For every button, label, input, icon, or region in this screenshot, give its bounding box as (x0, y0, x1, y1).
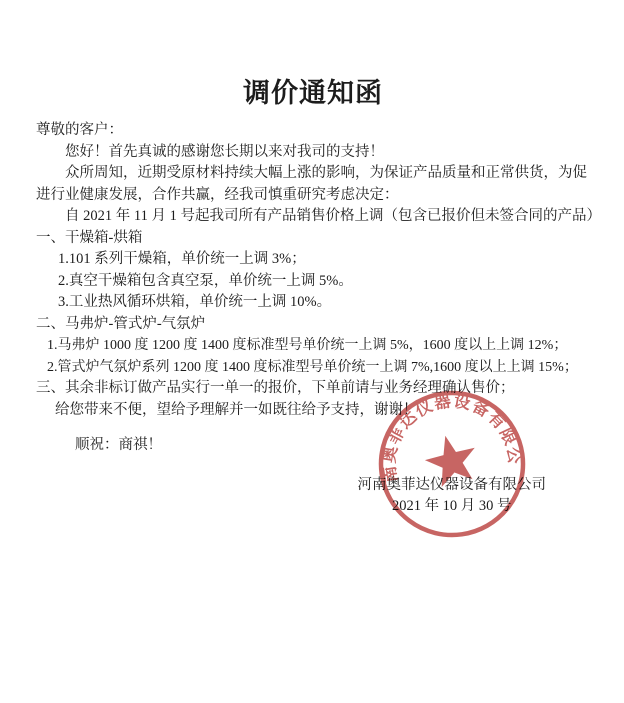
salutation: 尊敬的客户： (36, 120, 590, 142)
section-1-heading: 一、干燥箱-烘箱 (36, 228, 590, 250)
signature-date: 2021 年 10 月 30 号 (358, 496, 547, 518)
section-3-heading: 三、其余非标订做产品实行一单一的报价，下单前请与业务经理确认售价； (36, 378, 590, 400)
section-2-item-2: 2.管式炉气氛炉系列 1200 度 1400 度标准型号单价统一上调 7%,16… (36, 357, 590, 379)
closing-line: 给您带来不便，望给予理解并一如既往给予支持，谢谢！ (36, 400, 590, 422)
section-1-item-3: 3.工业热风循环烘箱，单价统一上调 10%。 (36, 292, 590, 314)
section-2-item-1: 1.马弗炉 1000 度 1200 度 1400 度标准型号单价统一上调 5%，… (36, 335, 590, 357)
company-name: 河南奥菲达仪器设备有限公司 (358, 475, 547, 497)
greeting-line: 您好！首先真诚的感谢您长期以来对我司的支持！ (36, 142, 590, 164)
section-1-item-2: 2.真空干燥箱包含真空泵，单价统一上调 5%。 (36, 271, 590, 293)
decision-paragraph: 自 2021 年 11 月 1 号起我司所有产品销售价格上调（包含已报价但未签合… (36, 206, 590, 228)
background-paragraph: 众所周知，近期受原材料持续大幅上涨的影响，为保证产品质量和正常供货，为促进行业健… (36, 163, 590, 206)
signature-block: 河南奥菲达仪器设备有限公司 2021 年 10 月 30 号 (358, 475, 547, 518)
section-2-heading: 二、马弗炉-管式炉-气氛炉 (36, 314, 590, 336)
section-1-item-1: 1.101 系列干燥箱，单价统一上调 3%； (36, 249, 590, 271)
regards-line: 顺祝：商祺！ (36, 435, 590, 457)
letter-title: 调价通知函 (36, 78, 590, 108)
price-notice-letter: 调价通知函 尊敬的客户： 您好！首先真诚的感谢您长期以来对我司的支持！ 众所周知… (0, 0, 624, 518)
